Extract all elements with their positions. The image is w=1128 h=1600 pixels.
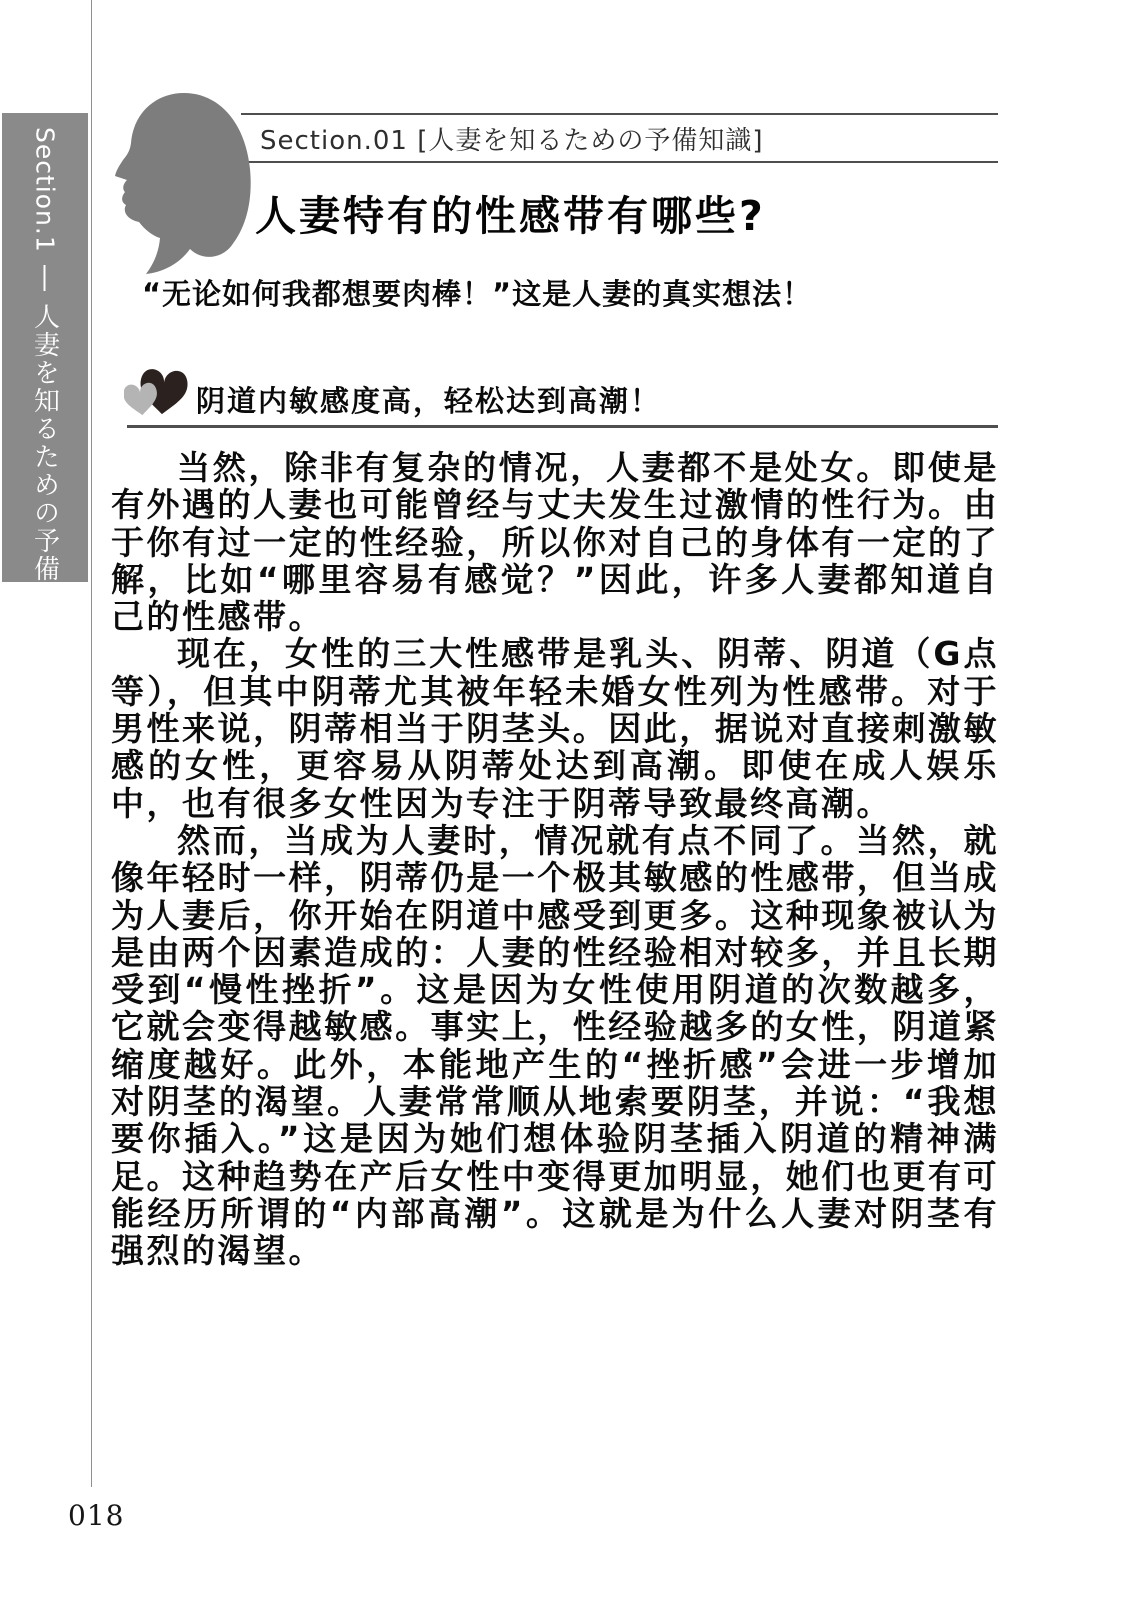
woman-profile-silhouette-icon [112, 91, 254, 279]
body-paragraph: 现在，女性的三大性感带是乳头、阴蒂、阴道（G点等），但其中阴蒂尤其被年轻未婚女性… [111, 635, 999, 821]
sidebar-section-title: 人妻を知るための予備知識 [30, 303, 60, 639]
body-text: 当然，除非有复杂的情况，人妻都不是处女。即使是有外遇的人妻也可能曾经与丈夫发生过… [111, 449, 999, 1270]
page-title: 人妻特有的性感带有哪些? [255, 183, 766, 242]
highlight-underline [127, 425, 998, 428]
page-number: 018 [68, 1499, 124, 1532]
body-paragraph: 然而，当成为人妻时，情况就有点不同了。当然，就像年轻时一样，阴蒂仍是一个极其敏感… [111, 822, 999, 1270]
chapter-sidebar-text: Section.1 人妻を知るための予備知識 [27, 127, 64, 639]
section-eyebrow-text: Section.01 [人妻を知るための予備知識] [260, 120, 764, 157]
margin-vertical-rule [91, 0, 92, 1487]
sidebar-divider [44, 265, 46, 291]
body-paragraph: 当然，除非有复杂的情况，人妻都不是处女。即使是有外遇的人妻也可能曾经与丈夫发生过… [111, 449, 999, 635]
double-heart-icon [124, 367, 188, 425]
book-page: Section.1 人妻を知るための予備知識 Section.01 [人妻を知る… [0, 0, 1128, 1600]
section-eyebrow-band: Section.01 [人妻を知るための予備知識] [241, 113, 998, 163]
sidebar-section-label: Section.1 [31, 127, 60, 253]
chapter-sidebar: Section.1 人妻を知るための予備知識 [2, 113, 88, 582]
highlight-heading: 阴道内敏感度高，轻松达到高潮！ [196, 379, 661, 420]
